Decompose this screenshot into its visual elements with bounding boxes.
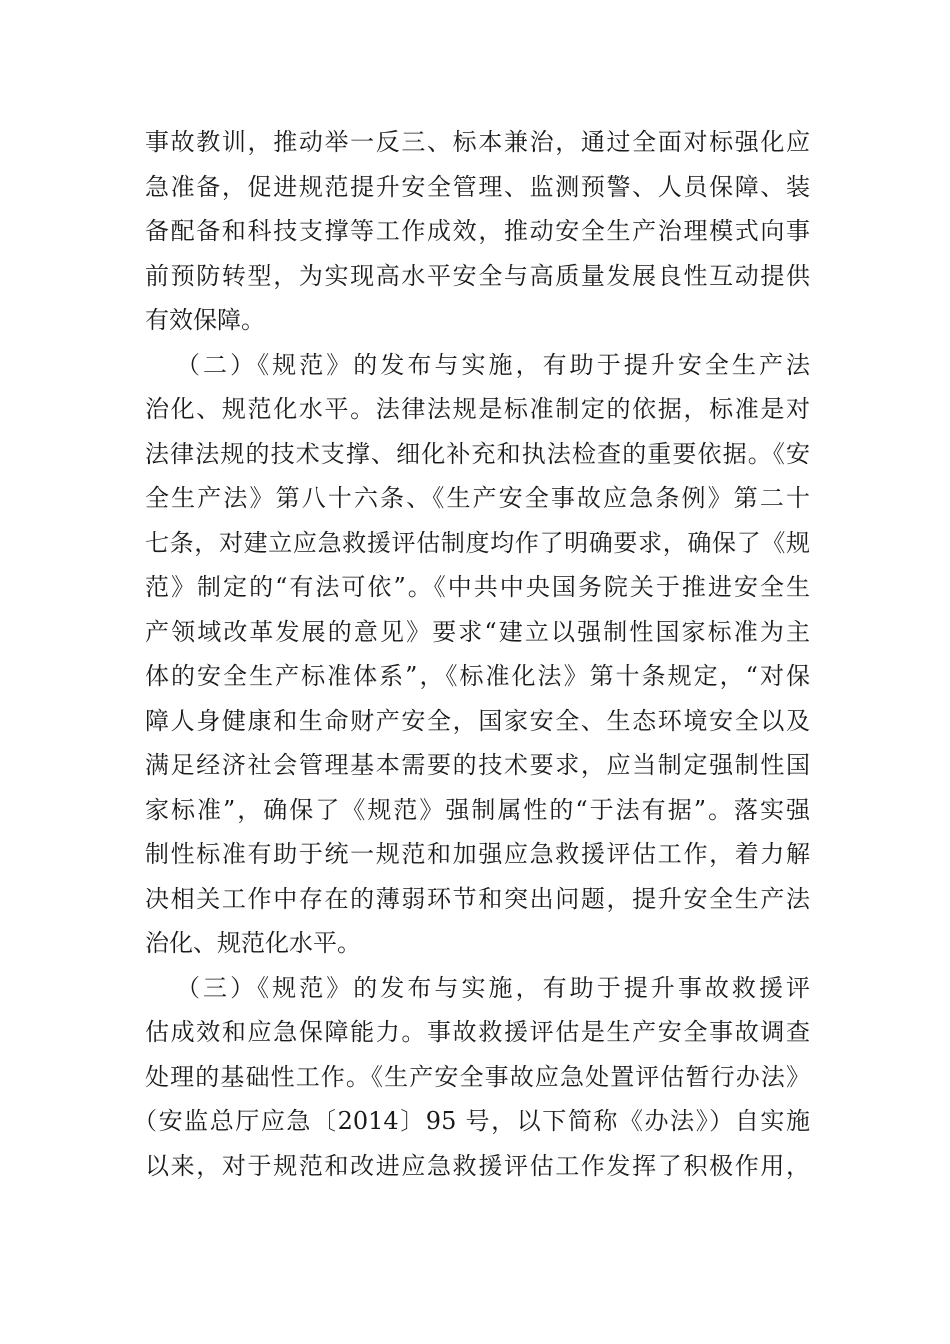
text-line: 前预防转型，为实现高水平安全与高质量发展良性互动提供	[145, 254, 810, 299]
text-line: 家标准”，确保了《规范》强制属性的“于法有据”。落实强	[145, 788, 810, 833]
text-line: 全生产法》第八十六条、《生产安全事故应急条例》第二十	[145, 476, 810, 521]
text-line: （安监总厅应急〔2014〕95 号，以下简称《办法》）自实施	[145, 1099, 810, 1144]
text-line: 处理的基础性工作。《生产安全事故应急处置评估暂行办法》	[145, 1055, 810, 1100]
paragraph: 事故教训，推动举一反三、标本兼治，通过全面对标强化应急准备，促进规范提升安全管理…	[145, 120, 810, 343]
text-line: 治化、规范化水平。法律法规是标准制定的依据，标准是对	[145, 387, 810, 432]
text-line: 法律法规的技术支撑、细化补充和执法检查的重要依据。《安	[145, 432, 810, 477]
text-line: 制性标准有助于统一规范和加强应急救援评估工作，着力解	[145, 832, 810, 877]
text-line: 障人身健康和生命财产安全，国家安全、生态环境安全以及	[145, 699, 810, 744]
paragraph: （二）《规范》的发布与实施，有助于提升安全生产法治化、规范化水平。法律法规是标准…	[145, 343, 810, 966]
text-line: 产领域改革发展的意见》要求“建立以强制性国家标准为主	[145, 610, 810, 655]
document-page: 事故教训，推动举一反三、标本兼治，通过全面对标强化应急准备，促进规范提升安全管理…	[0, 0, 950, 1344]
text-line: 事故教训，推动举一反三、标本兼治，通过全面对标强化应	[145, 120, 810, 165]
text-line: 满足经济社会管理基本需要的技术要求，应当制定强制性国	[145, 743, 810, 788]
text-line: 急准备，促进规范提升安全管理、监测预警、人员保障、装	[145, 165, 810, 210]
document-body: 事故教训，推动举一反三、标本兼治，通过全面对标强化应急准备，促进规范提升安全管理…	[145, 120, 810, 1188]
text-line: 备配备和科技支撑等工作成效，推动安全生产治理模式向事	[145, 209, 810, 254]
text-line: 估成效和应急保障能力。事故救援评估是生产安全事故调查	[145, 1010, 810, 1055]
text-line: 范》制定的“有法可依”。《中共中央国务院关于推进安全生	[145, 565, 810, 610]
paragraph: （三）《规范》的发布与实施，有助于提升事故救援评估成效和应急保障能力。事故救援评…	[145, 966, 810, 1189]
text-line: 以来，对于规范和改进应急救援评估工作发挥了积极作用，	[145, 1144, 810, 1189]
text-line: 七条，对建立应急救援评估制度均作了明确要求，确保了《规	[145, 521, 810, 566]
text-line: 决相关工作中存在的薄弱环节和突出问题，提升安全生产法	[145, 877, 810, 922]
text-line: 体的安全生产标准体系”，《标准化法》第十条规定，“对保	[145, 654, 810, 699]
text-line: （三）《规范》的发布与实施，有助于提升事故救援评	[145, 966, 810, 1011]
text-line: （二）《规范》的发布与实施，有助于提升安全生产法	[145, 343, 810, 388]
text-line: 有效保障。	[145, 298, 810, 343]
text-line: 治化、规范化水平。	[145, 921, 810, 966]
